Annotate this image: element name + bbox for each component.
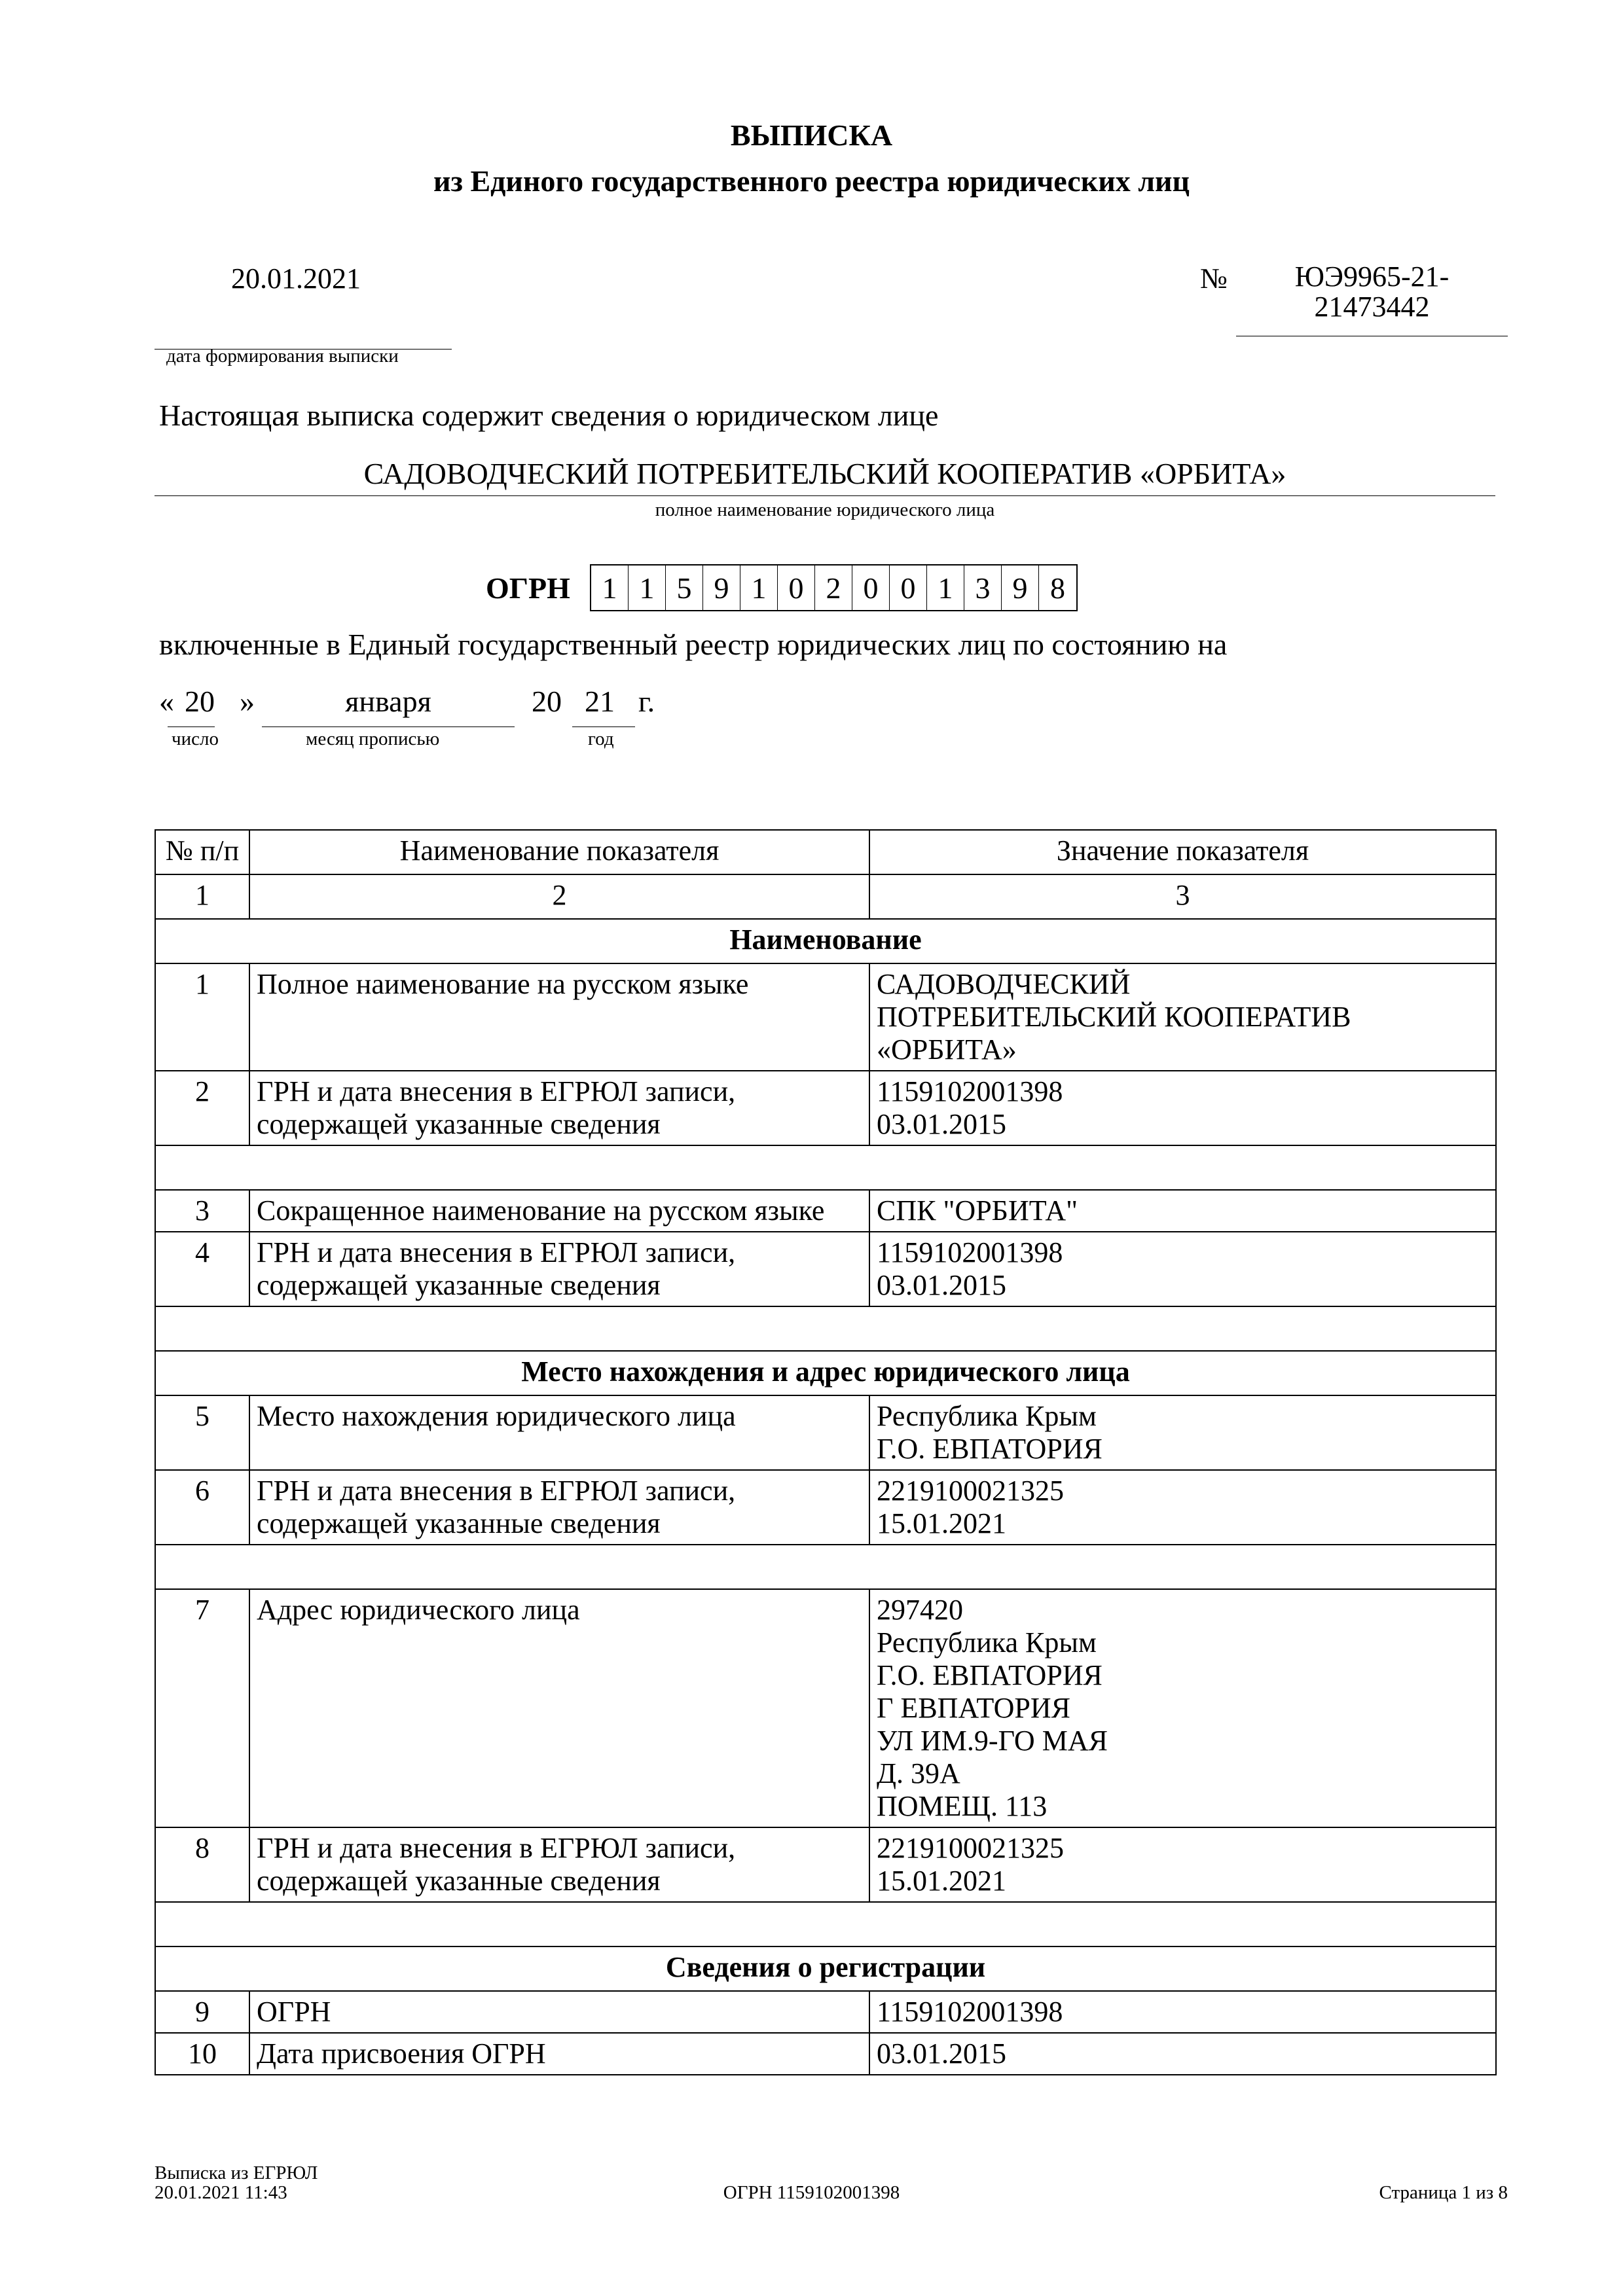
close-quote: » (240, 684, 255, 719)
year-underline (572, 726, 635, 727)
empty-cell (155, 1902, 1496, 1946)
table-row: 3 Сокращенное наименование на русском яз… (155, 1190, 1496, 1232)
value-line: Республика Крым (877, 1400, 1489, 1433)
row-number: 4 (155, 1232, 249, 1306)
ogrn-digit: 0 (890, 565, 927, 610)
number-sign: № (1200, 262, 1228, 295)
row-number: 9 (155, 1991, 249, 2033)
col-number-3: 3 (869, 874, 1496, 919)
number-underline (1236, 336, 1508, 336)
empty-separator-row (155, 1306, 1496, 1351)
value-line: «ОРБИТА» (877, 1033, 1489, 1066)
section-header-row: Место нахождения и адрес юридического ли… (155, 1351, 1496, 1395)
value-line: 2219100021325 (877, 1475, 1489, 1507)
value-line: 03.01.2015 (877, 2037, 1489, 2070)
value-line: 15.01.2021 (877, 1865, 1489, 1897)
row-indicator: Место нахождения юридического лица (249, 1395, 869, 1470)
value-line: Г.О. ЕВПАТОРИЯ (877, 1433, 1489, 1465)
ogrn-digit: 1 (927, 565, 964, 610)
value-line: Г.О. ЕВПАТОРИЯ (877, 1659, 1489, 1692)
section-title-address: Место нахождения и адрес юридического ли… (155, 1351, 1496, 1395)
table-row: 7 Адрес юридического лица 297420 Республ… (155, 1589, 1496, 1827)
row-value: 03.01.2015 (869, 2033, 1496, 2075)
organization-name-caption: полное наименование юридического лица (155, 499, 1495, 521)
row-number: 2 (155, 1071, 249, 1145)
footer-doc-name: Выписка из ЕГРЮЛ (155, 2163, 318, 2183)
footer-page-number: Страница 1 из 8 (1379, 2183, 1508, 2202)
extract-number-line2: 21473442 (1236, 292, 1508, 322)
table-column-numbers-row: 1 2 3 (155, 874, 1496, 919)
table-row: 2 ГРН и дата внесения в ЕГРЮЛ записи, со… (155, 1071, 1496, 1145)
day-caption: число (172, 728, 219, 750)
ogrn-digit: 5 (666, 565, 703, 610)
intro-text: Настоящая выписка содержит сведения о юр… (159, 398, 938, 433)
document-title: ВЫПИСКА (0, 118, 1623, 152)
row-value: 2219100021325 15.01.2021 (869, 1827, 1496, 1902)
section-title-registration: Сведения о регистрации (155, 1946, 1496, 1991)
value-line: УЛ ИМ.9-ГО МАЯ (877, 1725, 1489, 1757)
ogrn-digit: 8 (1039, 565, 1076, 610)
table-header-row: № п/п Наименование показателя Значение п… (155, 830, 1496, 874)
row-value: 1159102001398 03.01.2015 (869, 1071, 1496, 1145)
value-line: ПОТРЕБИТЕЛЬСКИЙ КООПЕРАТИВ (877, 1001, 1489, 1033)
header-col-number: № п/п (155, 830, 249, 874)
row-indicator: Дата присвоения ОГРН (249, 2033, 869, 2075)
value-line: Республика Крым (877, 1626, 1489, 1659)
ogrn-digit-boxes: 1 1 5 9 1 0 2 0 0 1 3 9 8 (590, 564, 1078, 611)
table-row: 4 ГРН и дата внесения в ЕГРЮЛ записи, со… (155, 1232, 1496, 1306)
row-value: 297420 Республика Крым Г.О. ЕВПАТОРИЯ Г … (869, 1589, 1496, 1827)
ogrn-digit: 0 (852, 565, 890, 610)
row-indicator: ГРН и дата внесения в ЕГРЮЛ записи, соде… (249, 1827, 869, 1902)
egrul-data-table: № п/п Наименование показателя Значение п… (155, 829, 1497, 2075)
row-indicator: ГРН и дата внесения в ЕГРЮЛ записи, соде… (249, 1232, 869, 1306)
row-indicator: Сокращенное наименование на русском язык… (249, 1190, 869, 1232)
value-line: Г ЕВПАТОРИЯ (877, 1692, 1489, 1725)
col-number-1: 1 (155, 874, 249, 919)
value-line: 1159102001398 (877, 1236, 1489, 1269)
table-row: 8 ГРН и дата внесения в ЕГРЮЛ записи, со… (155, 1827, 1496, 1902)
row-value: СПК "ОРБИТА" (869, 1190, 1496, 1232)
extract-number-line1: ЮЭ9965-21- (1236, 262, 1508, 292)
table-row: 6 ГРН и дата внесения в ЕГРЮЛ записи, со… (155, 1470, 1496, 1545)
row-value: 1159102001398 (869, 1991, 1496, 2033)
row-number: 5 (155, 1395, 249, 1470)
extract-date-caption: дата формирования выписки (166, 346, 399, 367)
value-line: СПК "ОРБИТА" (877, 1194, 1489, 1227)
value-line: 15.01.2021 (877, 1507, 1489, 1540)
table-row: 1 Полное наименование на русском языке С… (155, 963, 1496, 1071)
value-line: 1159102001398 (877, 1075, 1489, 1108)
value-line: Д. 39А (877, 1757, 1489, 1790)
col-number-2: 2 (249, 874, 869, 919)
row-number: 7 (155, 1589, 249, 1827)
row-number: 10 (155, 2033, 249, 2075)
as-of-year-suffix: 21 (585, 684, 615, 719)
value-line: 1159102001398 (877, 1996, 1489, 2028)
month-underline (262, 726, 515, 727)
empty-cell (155, 1306, 1496, 1351)
ogrn-digit: 3 (964, 565, 1002, 610)
row-number: 3 (155, 1190, 249, 1232)
open-quote: « (159, 684, 174, 719)
header-col-indicator: Наименование показателя (249, 830, 869, 874)
value-line: САДОВОДЧЕСКИЙ (877, 968, 1489, 1001)
table-row: 9 ОГРН 1159102001398 (155, 1991, 1496, 2033)
ogrn-digit: 2 (815, 565, 852, 610)
row-number: 8 (155, 1827, 249, 1902)
year-abbr: г. (638, 684, 655, 719)
value-line: 2219100021325 (877, 1832, 1489, 1865)
row-indicator: Адрес юридического лица (249, 1589, 869, 1827)
as-of-month: января (262, 684, 515, 719)
empty-separator-row (155, 1902, 1496, 1946)
included-text: включенные в Единый государственный реес… (159, 627, 1227, 662)
year-caption: год (588, 728, 614, 750)
section-title-naming: Наименование (155, 919, 1496, 963)
row-indicator: Полное наименование на русском языке (249, 963, 869, 1071)
ogrn-digit: 1 (740, 565, 778, 610)
ogrn-digit: 0 (778, 565, 815, 610)
row-number: 6 (155, 1470, 249, 1545)
extract-number: ЮЭ9965-21- 21473442 (1236, 262, 1508, 322)
org-name-underline (155, 495, 1495, 496)
ogrn-digit: 1 (591, 565, 629, 610)
row-value: САДОВОДЧЕСКИЙ ПОТРЕБИТЕЛЬСКИЙ КООПЕРАТИВ… (869, 963, 1496, 1071)
empty-cell (155, 1545, 1496, 1589)
empty-separator-row (155, 1145, 1496, 1190)
month-caption: месяц прописью (306, 728, 439, 750)
row-value: 2219100021325 15.01.2021 (869, 1470, 1496, 1545)
row-value: 1159102001398 03.01.2015 (869, 1232, 1496, 1306)
ogrn-digit: 9 (1002, 565, 1039, 610)
empty-separator-row (155, 1545, 1496, 1589)
table-row: 10 Дата присвоения ОГРН 03.01.2015 (155, 2033, 1496, 2075)
ogrn-label: ОГРН (486, 571, 570, 605)
value-line: 03.01.2015 (877, 1269, 1489, 1302)
table-row: 5 Место нахождения юридического лица Рес… (155, 1395, 1496, 1470)
section-header-row: Сведения о регистрации (155, 1946, 1496, 1991)
value-line: 03.01.2015 (877, 1108, 1489, 1141)
ogrn-block: ОГРН 1 1 5 9 1 0 2 0 0 1 3 9 8 (486, 564, 1078, 611)
ogrn-digit: 9 (703, 565, 740, 610)
ogrn-digit: 1 (629, 565, 666, 610)
row-number: 1 (155, 963, 249, 1071)
section-header-row: Наименование (155, 919, 1496, 963)
row-value: Республика Крым Г.О. ЕВПАТОРИЯ (869, 1395, 1496, 1470)
organization-name: САДОВОДЧЕСКИЙ ПОТРЕБИТЕЛЬСКИЙ КООПЕРАТИВ… (155, 456, 1495, 491)
value-line: ПОМЕЩ. 113 (877, 1790, 1489, 1823)
row-indicator: ГРН и дата внесения в ЕГРЮЛ записи, соде… (249, 1470, 869, 1545)
row-indicator: ОГРН (249, 1991, 869, 2033)
empty-cell (155, 1145, 1496, 1190)
document-subtitle: из Единого государственного реестра юрид… (0, 164, 1623, 198)
value-line: 297420 (877, 1594, 1489, 1626)
row-indicator: ГРН и дата внесения в ЕГРЮЛ записи, соде… (249, 1071, 869, 1145)
year-prefix: 20 (532, 684, 562, 719)
header-col-value: Значение показателя (869, 830, 1496, 874)
as-of-day: 20 (185, 684, 215, 719)
extract-date: 20.01.2021 (231, 262, 361, 295)
day-underline (168, 726, 215, 727)
